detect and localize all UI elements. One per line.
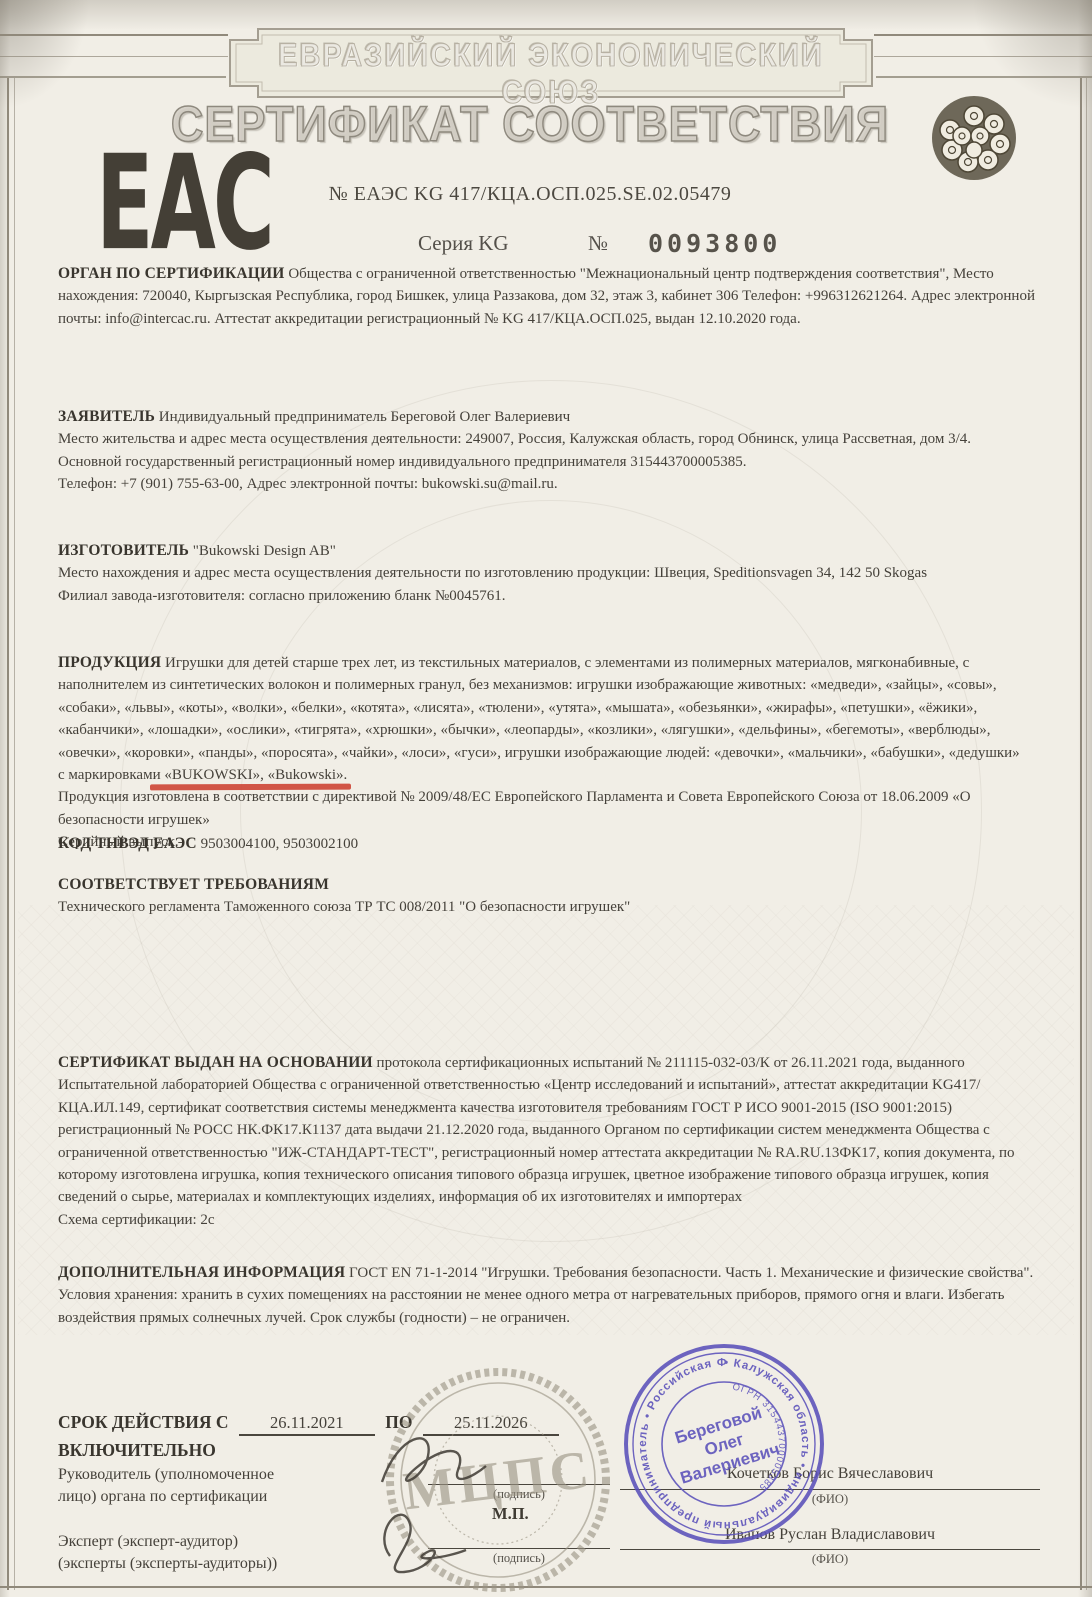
certificate-page: ЕВРАЗИЙСКИЙ ЭКОНОМИЧЕСКИЙ СОЮЗ ЕАС СЕРТИ… — [0, 0, 1092, 1597]
section-certification-body: ОРГАН ПО СЕРТИФИКАЦИИ Общества с огранич… — [58, 263, 1044, 330]
decor-frame-left — [7, 78, 9, 1590]
decor-frame-right2 — [1086, 78, 1087, 1590]
section-tnved: КОД ТНВЭД ЕАЭС 9503004100, 9503002100 — [58, 833, 1044, 855]
expert-handwritten-signature — [362, 1492, 522, 1578]
basis-scheme: Схема сертификации: 2с — [58, 1209, 1044, 1231]
head-signer-label-line1: Руководитель (уполномоченное — [58, 1464, 274, 1486]
certificate-number: № ЕАЭС KG 417/КЦА.ОСП.025.SE.02.05479 — [230, 183, 830, 206]
eaeu-banner: ЕВРАЗИЙСКИЙ ЭКОНОМИЧЕСКИЙ СОЮЗ — [224, 24, 878, 102]
decor-frame-top-left — [0, 76, 226, 78]
decor-ribbon-tail-right2 — [874, 56, 1092, 57]
manufacturer-heading: ИЗГОТОВИТЕЛЬ — [58, 542, 189, 559]
applicant-heading: ЗАЯВИТЕЛЬ — [58, 408, 155, 425]
additional-info-heading: ДОПОЛНИТЕЛЬНАЯ ИНФОРМАЦИЯ — [58, 1264, 345, 1281]
section-products: ПРОДУКЦИЯ Игрушки для детей старше трех … — [58, 652, 1044, 854]
validity-inclusive-label: ВКЛЮЧИТЕЛЬНО — [58, 1440, 216, 1461]
section-additional-info: ДОПОЛНИТЕЛЬНАЯ ИНФОРМАЦИЯ ГОСТ EN 71-1-2… — [58, 1262, 1044, 1329]
products-brand-marking: «BUKOWSKI», «Bukowski». — [164, 767, 347, 783]
manufacturer-address: Место нахождения и адрес места осуществл… — [58, 562, 1044, 584]
series-serial-number: 0093800 — [648, 229, 781, 258]
tnved-codes: 9503004100, 9503002100 — [201, 836, 359, 852]
flowers-emblem — [928, 92, 1020, 184]
expert-signer-label-line1: Эксперт (эксперт-аудитор) — [58, 1531, 277, 1553]
section-compliance: СООТВЕТСТВУЕТ ТРЕБОВАНИЯМ Технического р… — [58, 874, 1044, 919]
applicant-phone: Телефон: +7 (901) 755-63-00, Адрес элект… — [58, 473, 1044, 495]
section-applicant: ЗАЯВИТЕЛЬ Индивидуальный предприниматель… — [58, 406, 1044, 496]
tnved-heading: КОД ТНВЭД ЕАЭС — [58, 835, 197, 852]
expert-signer-label: Эксперт (эксперт-аудитор) (эксперты (экс… — [58, 1531, 277, 1575]
manufacturer-branch: Филиал завода-изготовителя: согласно при… — [58, 585, 1044, 607]
decor-ribbon-tail-left2 — [0, 56, 228, 57]
certification-body-heading: ОРГАН ПО СЕРТИФИКАЦИИ — [58, 265, 285, 282]
compliance-text: Технического регламента Таможенного союз… — [58, 896, 1044, 918]
products-description: Игрушки для детей старше трех лет, из те… — [58, 655, 1020, 761]
decor-ribbon-tail-left — [0, 34, 228, 36]
section-basis: СЕРТИФИКАТ ВЫДАН НА ОСНОВАНИИ протокола … — [58, 1052, 1044, 1231]
decor-frame-right — [1080, 78, 1082, 1590]
manufacturer-name: "Bukowski Design AB" — [193, 543, 336, 559]
validity-label: СРОК ДЕЙСТВИЯ С — [58, 1412, 228, 1432]
series-number-sign: № — [588, 231, 608, 256]
products-marking-prefix: с маркировками — [58, 767, 164, 783]
products-directive: Продукция изготовлена в соответствии с д… — [58, 786, 1044, 831]
decor-frame-left2 — [14, 78, 15, 1590]
validity-date-from: 26.11.2021 — [239, 1413, 375, 1436]
series-label: Серия KG — [418, 231, 509, 256]
applicant-ogrn: Основной государственный регистрационный… — [58, 451, 1044, 473]
decor-frame-top-right — [876, 76, 1092, 78]
expert-signer-label-line2: (эксперты (эксперты-аудиторы)) — [58, 1553, 277, 1575]
head-signer-label: Руководитель (уполномоченное лицо) орган… — [58, 1464, 274, 1508]
section-manufacturer: ИЗГОТОВИТЕЛЬ "Bukowski Design AB" Место … — [58, 540, 1044, 607]
compliance-heading: СООТВЕТСТВУЕТ ТРЕБОВАНИЯМ — [58, 876, 329, 893]
entrepreneur-round-stamp: • Калужская область • индивидуальный пре… — [618, 1338, 830, 1550]
applicant-address: Место жительства и адрес места осуществл… — [58, 428, 1044, 450]
basis-heading: СЕРТИФИКАТ ВЫДАН НА ОСНОВАНИИ — [58, 1054, 373, 1071]
basis-text: протокола сертификационных испытаний № 2… — [58, 1055, 1015, 1205]
products-heading: ПРОДУКЦИЯ — [58, 654, 161, 671]
applicant-name: Индивидуальный предприниматель Береговой… — [159, 409, 570, 425]
head-signer-label-line2: лицо) органа по сертификации — [58, 1486, 274, 1508]
certificate-title: СЕРТИФИКАТ СООТВЕТСТВИЯ — [160, 95, 900, 153]
decor-ribbon-tail-right — [874, 34, 1092, 36]
series-row: Серия KG № 0093800 — [0, 231, 1092, 265]
expert-name-caption: (ФИО) — [620, 1552, 1040, 1567]
